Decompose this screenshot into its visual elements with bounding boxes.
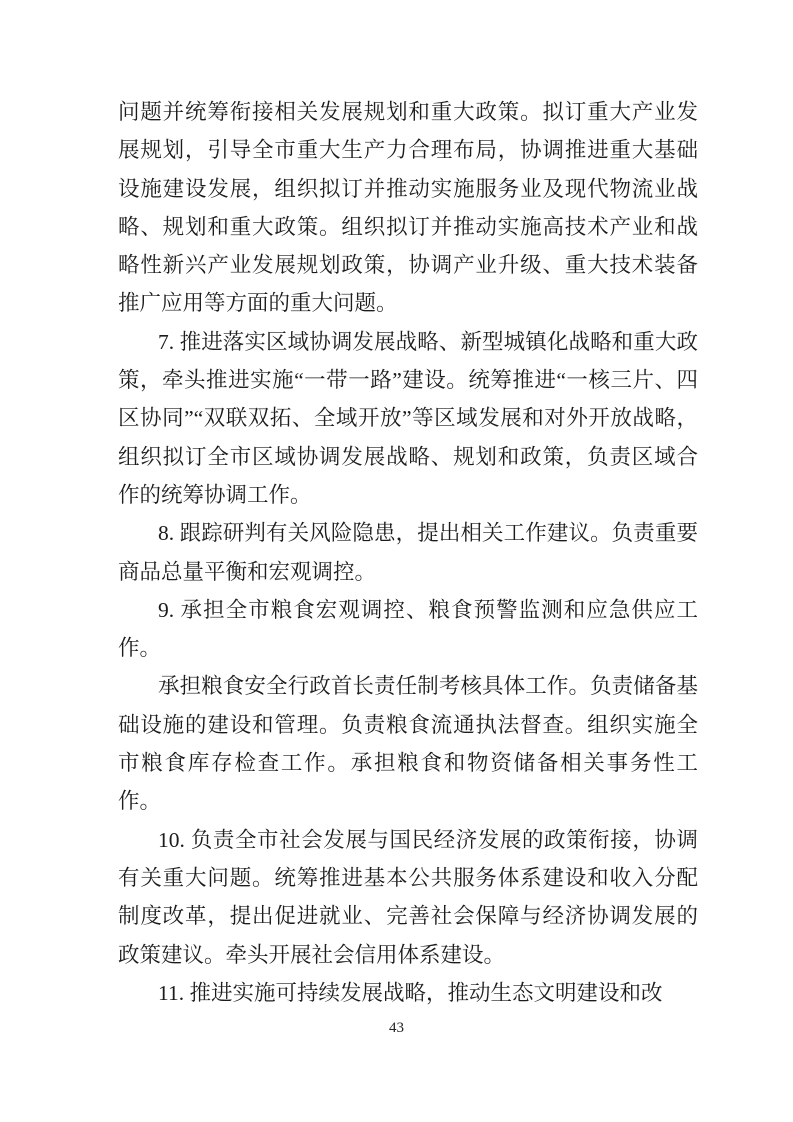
paragraph-item-10: 10. 负责全市社会发展与国民经济发展的政策衔接，协调有关重大问题。统筹推进基本… — [118, 821, 698, 974]
paragraph-item-8: 8. 跟踪研判有关风险隐患，提出相关工作建议。负责重要商品总量平衡和宏观调控。 — [118, 514, 698, 591]
paragraph-item-9-continued: 承担粮食安全行政首长责任制考核具体工作。负责储备基础设施的建设和管理。负责粮食流… — [118, 667, 698, 820]
paragraph-item-11: 11. 推进实施可持续发展战略，推动生态文明建设和改 — [118, 974, 698, 1012]
paragraph-continuation: 问题并统筹衔接相关发展规划和重大政策。拟订重大产业发展规划，引导全市重大生产力合… — [118, 93, 698, 323]
document-page: 问题并统筹衔接相关发展规划和重大政策。拟订重大产业发展规划，引导全市重大生产力合… — [0, 0, 793, 1122]
page-number: 43 — [0, 1020, 793, 1037]
paragraph-item-7: 7. 推进落实区域协调发展战略、新型城镇化战略和重大政策，牵头推进实施“一带一路… — [118, 323, 698, 514]
document-body: 问题并统筹衔接相关发展规划和重大政策。拟订重大产业发展规划，引导全市重大生产力合… — [118, 93, 698, 1012]
paragraph-item-9: 9. 承担全市粮食宏观调控、粮食预警监测和应急供应工作。 — [118, 591, 698, 668]
